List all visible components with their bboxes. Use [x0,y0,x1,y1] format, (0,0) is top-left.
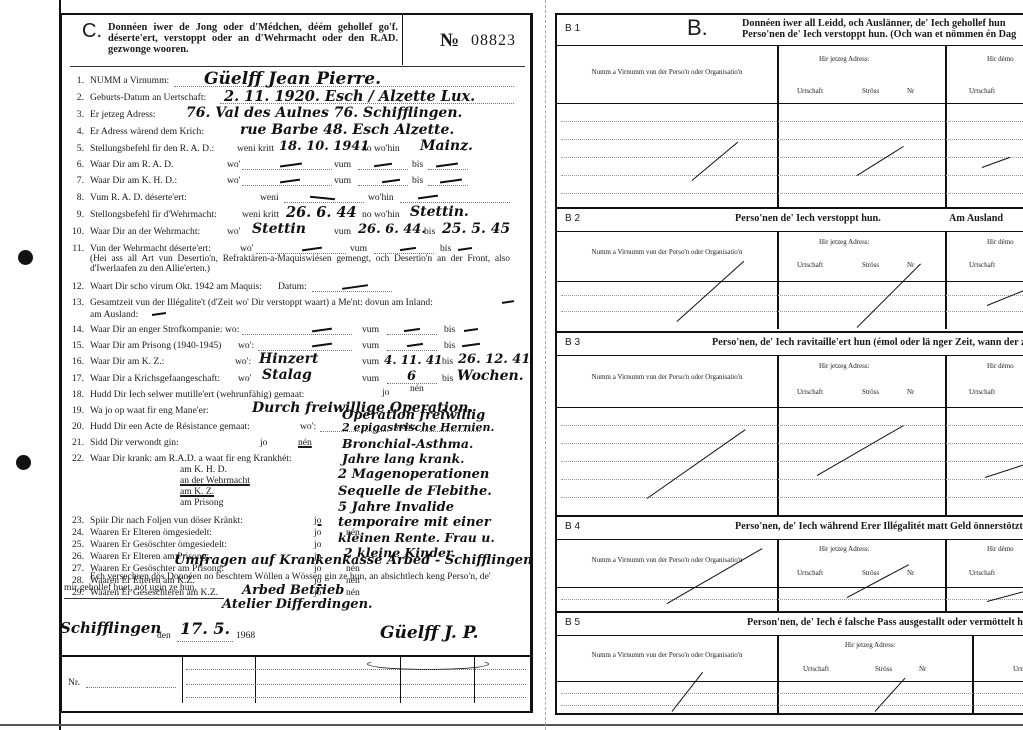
answer-line [312,291,392,292]
section-title: Donnéen iwer de Jong oder d'Médchen, déé… [108,22,398,55]
row-number: 3. [62,109,84,120]
section-c-header: C. Donnéen iwer de Jong oder d'Médchen, … [62,15,531,65]
handwritten-answer[interactable]: 2. 11. 1920. Esch / Alzette Lux. [224,88,475,105]
strike-dash [400,247,416,251]
row-number: 21. [62,437,84,448]
entry-line [561,175,1023,176]
col-address-header: Hir jetzeg Adress: [819,238,870,246]
row-label: Waar Dir a Krichsgefaangeschaft: [90,373,220,384]
row-number: 17. [62,373,84,384]
row-number: 10. [62,226,84,237]
row-label: Stellongsbefehl fir d'Wehrmacht: [90,209,217,220]
option-nen[interactable]: nén [410,383,424,394]
row-number: 20. [62,421,84,432]
field-label: vum [350,243,367,254]
subcol-nr: Nr [919,665,926,673]
section-header: B 4 Perso'nen, de' Iech während Erer Ill… [557,517,1023,540]
footer-line [186,697,526,698]
strike-slash [857,146,904,176]
answer-line [242,334,352,335]
date-line [177,641,233,642]
strike-dash [382,179,400,183]
column-headers: Numm a Virnumm vun der Perso'n oder Orga… [557,539,1023,588]
answer-line [400,202,510,203]
entry-line [561,479,1023,480]
row-label: Waar Dir am K. Z.: [90,356,164,367]
row-label: Hudd Dir een Acte de Résistance gemaat: [90,421,250,432]
strike-dash [312,328,332,333]
column-divider [777,231,779,329]
answer-line [284,202,364,203]
option-jo[interactable]: jo [382,387,389,398]
field-label: bis [442,356,453,367]
divider [70,66,525,67]
column-divider [972,635,974,715]
section-title: Perso'nen, de' Iech während Erer Illégal… [735,521,1023,532]
strike-dash [502,300,514,304]
field-label: weni [260,192,279,203]
handwritten-note[interactable]: Umfragen auf Krankenkasse Arbed - Schiff… [174,553,533,568]
entry-line [561,497,1023,498]
section-code: B 2 [565,213,580,224]
strike-dash [342,284,368,290]
field-label: bis [444,340,455,351]
field-label: wo'hin [368,192,394,203]
form-page-b: B 1 B. Donnéen iwer all Leidd, och Auslä… [555,13,1023,715]
field-label: wo' [227,159,240,170]
row-number: 14. [62,324,84,335]
subcol-nr: Nr [907,87,914,95]
field-label: wo': [300,421,316,432]
section-b5: B 5 Person'nen, de' Iech é falsche Pass … [557,613,1023,715]
strike-dash [312,343,332,348]
handwritten-place[interactable]: Mainz. [420,138,473,154]
form-number: 08823 [471,32,516,50]
handwritten-line[interactable]: temporaire mit einer [338,515,491,530]
entry-line [561,139,1023,140]
footer-cell [182,657,183,703]
field-label: vum [362,324,379,335]
handwritten-line[interactable]: 2 epigastrische Hernien. [342,421,494,434]
handwritten-place[interactable]: Stettin. [410,204,469,220]
column-headers: Numm a Virnumm vun der Perso'n oder Orga… [557,231,1023,282]
answer-line [387,350,437,351]
field-label: weni kritt [242,209,279,220]
section-b4: B 4 Perso'nen, de' Iech während Erer Ill… [557,517,1023,611]
handwritten-date[interactable]: 4. 11. 41 [384,353,442,367]
row-label: Waart Dir scho virum Okt. 1942 am Maquis… [90,281,262,292]
row-label: Waar Dir am K. H. D.: [90,175,177,186]
handwritten-line[interactable]: 2 Magenoperationen [338,467,489,482]
column-headers: Numm a Virnumm vun der Perso'n oder Orga… [557,45,1023,104]
field-label: vum [362,373,379,384]
form-number-box: № 08823 [402,15,532,65]
col-war-address-header: Hir démo [987,55,1014,63]
row-number: 24. [62,527,84,538]
strike-dash [374,163,392,167]
field-label: wo' [240,243,253,254]
subcol-urtschaft: Urtschaft [969,87,995,95]
strike-dash [440,178,462,183]
column-divider [945,231,947,329]
strike-slash [647,429,746,499]
section-title: Perso'nen, de' Iech ravitaille'ert hun (… [712,337,1023,348]
handwritten-line[interactable]: kleinen Rente. Frau u. [338,530,495,545]
sub-option: am K. H. D. [180,464,227,475]
divider [64,598,224,599]
field-label: wo': [235,356,251,367]
handwritten-answer[interactable]: Güelff Jean Pierre. [204,69,381,89]
handwritten-note[interactable]: Atelier Differdingen. [222,597,373,612]
row-label: Waaren Er Gesöschter ömgesiedelt: [90,539,227,550]
section-b2: B 2 Perso'nen de' Iech verstoppt hun. Am… [557,209,1023,329]
entry-line [561,295,1023,296]
row-number: 18. [62,389,84,400]
column-divider [777,635,779,715]
subcol-urtschaft: Urtschaft [797,388,823,396]
section-letter: B. [687,15,708,41]
strike-slash [982,157,1011,168]
subcol-urtschaft: Urtschaft [1013,665,1023,673]
subcol-urtschaft: Urtschaft [797,87,823,95]
field-label: vum [334,159,351,170]
strike-slash [817,425,904,476]
strike-dash [310,196,335,201]
field-label: wo': [238,340,254,351]
strike-dash [458,247,472,251]
answer-line [358,169,408,170]
row-label: Spiir Dir nach Foljen vun döser Kränkt: [90,515,243,526]
section-header: B 3 Perso'nen, de' Iech ravitaille'ert h… [557,333,1023,356]
footer-table: Nr. [62,655,531,703]
sub-option: am Prisong [180,497,223,508]
row-number: 6. [62,159,84,170]
row-number: 7. [62,175,84,186]
signature[interactable]: Güelff J. P. [380,623,479,643]
section-b1: B 1 B. Donnéen iwer all Leidd, och Auslä… [557,15,1023,207]
section-code: B 4 [565,521,580,532]
field-label: wo: [225,324,239,335]
field-label: vum [362,356,379,367]
column-divider [945,355,947,515]
entry-line [561,425,1023,426]
handwritten-place[interactable]: Hinzert [259,351,318,367]
option-jo-selected[interactable]: jo [314,515,321,526]
field-label: wo' [238,373,251,384]
field-label: bis [412,159,423,170]
entry-line [561,121,1023,122]
row-label: Waar Dir am R. A. D. [90,159,173,170]
row-number: 25. [62,539,84,550]
handwritten-value[interactable]: Wochen. [457,368,524,384]
row-label: Vum R. A. D. déserte'ert: [90,192,187,203]
row-number: 26. [62,551,84,562]
column-divider [945,45,947,207]
subcol-urtschaft: Urtschaft [803,665,829,673]
strike-dash [436,162,458,167]
handwritten-date[interactable]: 18. 10. 1941 [279,139,369,154]
section-header: B 2 Perso'nen de' Iech verstoppt hun. Am… [557,209,1023,232]
row-number: 11. [62,243,84,254]
col-address-header: Hir jetzeg Adress: [819,545,870,553]
form-row-13: 13. Gesamtzeit vun der Illégalite't (d'Z… [62,297,531,321]
field-label: vum [334,175,351,186]
option-jo[interactable]: jo [260,437,267,448]
col-war-address-header: Hir démo [987,362,1014,370]
section-header: B 1 B. Donnéen iwer all Leidd, och Auslä… [557,15,1023,46]
option-nen-selected[interactable]: nén [298,437,312,448]
handwritten-place[interactable]: Stalag [262,367,312,383]
section-title: Person'nen, de' Iech é falsche Pass ausg… [747,617,1023,628]
field-label: weni kritt [237,143,274,154]
sub-option-selected: am K. Z. [180,486,214,497]
handwritten-line[interactable]: Bronchial-Asthma. [342,436,473,451]
strike-dash [407,343,423,347]
row-number: 8. [62,192,84,203]
subcol-stross: Ströss [862,87,879,95]
form-page-c: C. Donnéen iwer de Jong oder d'Médchen, … [60,13,533,713]
den-label: den [157,630,171,641]
row-number: 23. [62,515,84,526]
row-number: 5. [62,143,84,154]
option-jo[interactable]: jo [314,527,321,538]
strike-slash [985,465,1023,478]
section-b3: B 3 Perso'nen, de' Iech ravitaille'ert h… [557,333,1023,515]
column-divider [945,539,947,611]
strike-slash [875,678,906,712]
col-address-header: Hir jetzeg Adress: [819,55,870,63]
field-label: vum [362,340,379,351]
row-number: 13. [62,297,84,308]
entry-line [561,311,1023,312]
answer-line [428,185,468,186]
row-number: 4. [62,126,84,137]
field-label: bis [424,226,435,237]
subcol-urtschaft: Urtschaft [969,569,995,577]
handwritten-value[interactable]: 6 [407,369,416,384]
col-name-header: Numm a Virnumm vun der Perso'n oder Orga… [557,373,777,381]
page-edge [0,724,1023,726]
row-number: 22. [62,453,84,464]
handwritten-date[interactable]: 26. 12. 41 [458,352,530,367]
subcol-nr: Nr [907,569,914,577]
row-note: (Hei ass all Art vun Desertio'n, Refrakt… [90,254,510,274]
answer-line [428,169,468,170]
entry-line [561,193,1023,194]
entry-line [561,461,1023,462]
page-fold [545,0,547,730]
row-label: Waaren Er Elteren ömgesiedelt: [90,527,212,538]
row-label: Hudd Dir Iech selwer mutille'ert (wehrun… [90,389,304,400]
option-jo[interactable]: jo [314,539,321,550]
handwritten-date[interactable]: 26. 6. 44 [286,204,357,221]
col-name-header: Numm a Virnumm vun der Perso'n oder Orga… [557,248,777,256]
field-label: am Ausland: [90,309,138,320]
field-label: no wo'hin [362,143,400,154]
strike-dash [418,195,438,200]
nr-line [86,687,176,688]
row-label: Waar Dir an der Wehrmacht: [90,226,200,237]
entry-line [561,443,1023,444]
row-number: 19. [62,405,84,416]
row-label: Stellungsbefehl fir den R. A. D.: [90,143,214,154]
row-label: Er Adress wärend dem Krich: [90,126,204,137]
section-header: B 5 Person'nen, de' Iech é falsche Pass … [557,613,1023,636]
col-name-header: Numm a Virnumm vun der Perso'n oder Orga… [557,651,777,659]
column-divider [777,355,779,515]
answer-line [358,185,408,186]
footer-line [186,669,526,670]
row-label: Vun der Wehrmacht déserte'ert: [90,243,211,254]
handwritten-line[interactable]: Jahre lang krank. [342,451,464,466]
answer-line [242,185,332,186]
col-war-address-header: Hir démo [987,545,1014,553]
row-label: Waar Dir an enger Strofkompanie: [90,324,222,335]
row-label: Geburts-Datum an Uertschaft: [90,92,206,103]
field-label: vum [334,226,351,237]
handwritten-place[interactable]: Stettin [252,221,306,237]
form-row-11: 11. Vun der Wehrmacht déserte'ert: wo' v… [62,243,531,283]
section-extra-title: Am Ausland [949,213,1003,224]
subcol-stross: Ströss [875,665,892,673]
section-code: B 1 [565,23,580,34]
column-headers: Numm a Virnumm vun der Perso'n oder Orga… [557,635,1023,682]
strike-dash [280,162,302,167]
row-number: 16. [62,356,84,367]
field-label: Datum: [278,281,307,292]
strike-slash [987,591,1023,602]
row-number: 15. [62,340,84,351]
handwritten-line[interactable]: 5 Jahre Invalide [338,500,454,515]
handwritten-date[interactable]: 25. 5. 45 [442,221,510,237]
handwritten-answer[interactable]: 76. Val des Aulnes 76. Schifflingen. [186,105,462,121]
field-label: bis [440,243,451,254]
row-label: Waar Dir am Prisong (1940-1945) [90,340,221,351]
subcol-stross: Ströss [862,569,879,577]
strike-dash [462,343,480,347]
col-address-header: Hir jetzeg Adress: [819,362,870,370]
row-label: Er jetzeg Adress: [90,109,156,120]
column-headers: Numm a Virnumm vun der Perso'n oder Orga… [557,355,1023,408]
section-intro: Perso'nen de' Iech verstoppt hun. (Och w… [742,29,1016,40]
subcol-nr: Nr [907,261,914,269]
entry-line [561,599,1023,600]
row-number: 12. [62,281,84,292]
subcol-urtschaft: Urtschaft [797,261,823,269]
field-label: wo' [227,226,240,237]
section-code: B 5 [565,617,580,628]
column-divider [777,539,779,611]
subcol-stross: Ströss [862,261,879,269]
row-number: 1. [62,75,84,86]
entry-line [561,705,1023,706]
punch-hole [18,250,33,265]
strike-dash [280,179,300,184]
handwritten-answer[interactable]: rue Barbe 48. Esch Alzette. [240,122,454,138]
handwritten-place[interactable]: Schifflingen [60,619,161,637]
nr-label: Nr. [68,677,80,688]
row-label: NUMM a Virnumm: [90,75,169,86]
handwritten-date[interactable]: 17. 5. [180,619,230,638]
row-label: Waar Dir krank: am R.A.D. a waat fir eng… [90,453,292,464]
field-label: bis [442,373,453,384]
handwritten-line[interactable]: Sequelle de Flebithe. [338,484,492,499]
strike-slash [987,290,1023,306]
strike-dash [302,247,322,252]
section-title: Perso'nen de' Iech verstoppt hun. [735,213,881,224]
sub-option-selected: an der Wehrmacht [180,475,250,486]
strike-dash [464,328,478,332]
col-name-header: Numm a Virnumm vun der Perso'n oder Orga… [557,68,777,76]
punch-hole [16,455,31,470]
strike-dash [404,328,420,332]
subcol-urtschaft: Urtschaft [797,569,823,577]
entry-line [561,693,1023,694]
row-label: Gesamtzeit vun der Illégalite't (d'Zeit … [90,297,433,308]
field-label: no wo'hin [362,209,400,220]
subcol-urtschaft: Urtschaft [969,261,995,269]
subcol-nr: Nr [907,388,914,396]
number-symbol: № [440,30,459,52]
col-address-header: Hir jetzeg Adress: [845,641,896,649]
footer-line [186,684,526,685]
row-number: 9. [62,209,84,220]
field-label: bis [412,175,423,186]
declaration-text: Ech versechren dös Donnéen no beschtem W… [64,571,494,593]
handwritten-date[interactable]: 26. 6. 44. [358,222,426,237]
entry-line [561,157,1023,158]
answer-line [242,169,332,170]
field-label: bis [444,324,455,335]
field-label: wo' [227,175,240,186]
row-label: Wa jo op waat fir eng Mane'er: [90,405,209,416]
subcol-stross: Ströss [862,388,879,396]
year: 1968 [236,630,255,641]
section-code: B 3 [565,337,580,348]
subcol-urtschaft: Urtschaft [969,388,995,396]
section-letter: C. [82,20,102,43]
row-label: Sidd Dir verwondt gin: [90,437,179,448]
column-divider [777,45,779,207]
section-intro: Donnéen iwer all Leidd, och Auslänner, d… [742,18,1006,29]
row-number: 2. [62,92,84,103]
col-war-address-header: Hir démo [987,238,1014,246]
strike-dash [152,312,166,316]
answer-line [387,334,437,335]
